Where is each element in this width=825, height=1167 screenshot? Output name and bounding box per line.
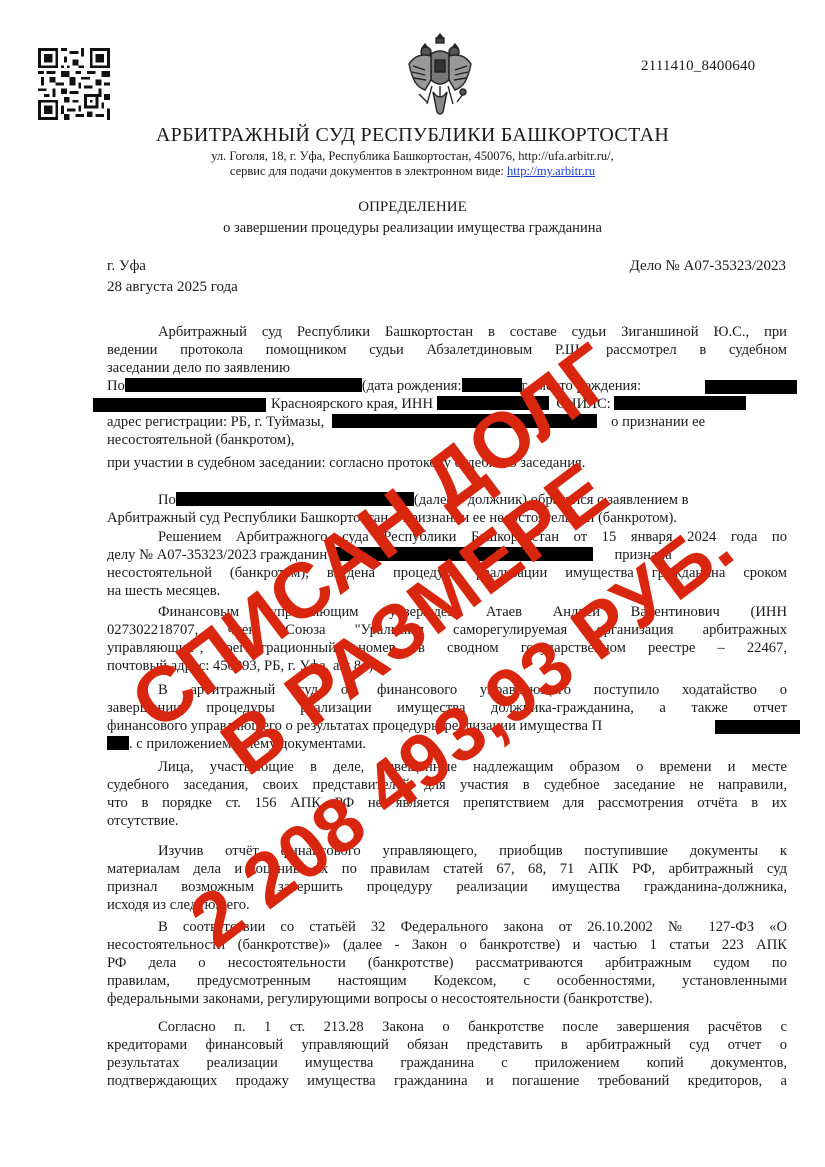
body-line-applicant: По(дата рождения:г., место рождения: [107, 377, 787, 395]
body-line: ведении протокола помощником судьи Абзал… [107, 341, 787, 359]
redaction-block [614, 396, 746, 410]
body-line: заседании дело по заявлению [107, 359, 787, 377]
court-name: АРБИТРАЖНЫЙ СУД РЕСПУБЛИКИ БАШКОРТОСТАН [0, 124, 825, 147]
document-page: 2111410_8400640 АРБИТРАЖНЫЙ СУД РЕСПУБЛИ… [0, 0, 825, 1167]
body-line: федеральными законами, регулирующими воп… [107, 990, 787, 1008]
redaction-block [107, 736, 129, 750]
body-line: подтверждающих продажу имущества граждан… [107, 1072, 787, 1090]
document-subject: о завершении процедуры реализации имущес… [0, 220, 825, 237]
redaction-block [715, 720, 800, 734]
body-line: РФ дела о несостоятельности (банкротстве… [107, 954, 787, 972]
body-line: Согласно п. 1 ст. 213.28 Закона о банкро… [107, 1018, 787, 1036]
court-eservice-line: сервис для подачи документов в электронн… [0, 164, 825, 179]
document-id: 2111410_8400640 [641, 58, 755, 75]
body-line: правилам, предусмотренным настоящим Коде… [107, 972, 787, 990]
document-type: ОПРЕДЕЛЕНИЕ [0, 199, 825, 216]
eservice-link[interactable]: http://my.arbitr.ru [507, 164, 595, 178]
case-number: Дело № А07-35323/2023 [630, 258, 786, 275]
city: г. Уфа [107, 258, 146, 275]
body-line: Арбитражный суд Республики Башкортостан … [107, 323, 787, 341]
qr-code-icon [38, 48, 110, 120]
eservice-label: сервис для подачи документов в электронн… [230, 164, 507, 178]
court-address: ул. Гоголя, 18, г. Уфа, Республика Башко… [0, 149, 825, 164]
body-line: Изучив отчёт финансового управляющего, п… [107, 842, 787, 860]
body-line: отсутствие. [107, 812, 787, 830]
decision-date: 28 августа 2025 года [107, 279, 238, 296]
redaction-block [125, 378, 362, 392]
body-line: кредиторами финансовый управляющий обяза… [107, 1036, 787, 1054]
redaction-block [705, 380, 797, 394]
redaction-block [93, 398, 266, 412]
coat-of-arms-icon [405, 30, 475, 120]
body-line: результатах реализации имущества граждан… [107, 1054, 787, 1072]
